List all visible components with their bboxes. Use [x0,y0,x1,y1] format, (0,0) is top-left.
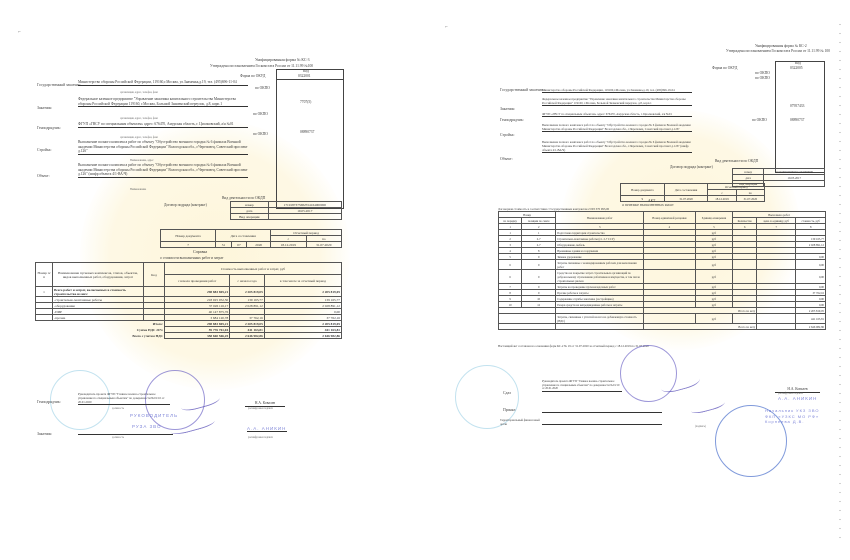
ks2-page: ⌐ Унифицированная форма № КС-2 Утвержден… [430,0,835,560]
accepted-label: Принял [503,408,515,412]
party-text: Федеральное казенное предприятие "Управл… [78,97,248,107]
name-caption: расшифровка подписи [248,436,273,441]
party-role: Объект: [500,157,513,161]
cost-table: Номер п/п Наименование пусковых комплекс… [35,262,342,339]
contract-table: номер1719187375682554164000000 дата19.05… [230,201,342,220]
signature-caption: (подпись) [695,425,706,430]
form-title: Унифицированная форма № КС-2 [755,44,807,49]
okpo-label: по ОКПО [752,118,767,123]
okud-label: Форма по ОКУД [240,74,265,79]
summary-row: Всего с учетом НДС358 660 566,252 646 98… [36,333,342,339]
signature [689,396,726,416]
party-role: Объект: [37,174,50,178]
scan-mark: ⌐ [445,25,448,30]
party-text: Выполнение полного комплекса работ по об… [78,140,248,155]
okpo-label: по ОКПО [255,86,270,91]
party-role: Генподрядчик: [500,118,524,122]
page-edge-binding [838,20,842,540]
position-caption: должность [112,407,124,412]
total-row: Всего по акту2 646 982,86 [499,324,826,330]
doc-title: Справка [193,250,207,255]
party-text: ФГУП «ГВСУ по специальным объектам» адре… [542,112,692,117]
party-code: 7707(5) [300,100,311,105]
party-role: Стройка: [37,148,52,152]
party-role: Стройка: [500,133,515,137]
party-text: Выполнение полного комплекса работ по об… [542,140,692,153]
handed-label: Сдал [503,391,511,395]
code-header: Код [795,61,801,66]
position-caption: должность [112,436,124,441]
party-code: 08890737 [790,118,804,123]
works-table: Номер Наименование работ Номер единичной… [498,211,826,330]
customer-role: Заказчик: [37,432,52,436]
party-text: Министерство обороны Российской Федераци… [78,80,248,86]
stamp-text: РУЗА 3ВО [132,424,162,429]
name-caption: расшифровка подписи [248,407,273,412]
party-caption: организация, адрес, телефон, факс [120,91,158,96]
party-role: Заказчик: [500,107,515,111]
code-header: Код [303,69,309,74]
okud-label: Форма по ОКУД [712,66,737,71]
contractor-name: Н.А. Ковалев [245,401,285,407]
doc-subtitle: О ПРИЕМКЕ ВЫПОЛНЕННЫХ РАБОТ [622,203,674,208]
party-text: ФГУП «ГВСУ по специальным объектам» адре… [78,122,248,128]
contractor-role: Генподрядчик: [37,400,61,404]
okud-code: 0322005 [790,66,803,71]
party-role: Государственный заказчик: [37,83,81,87]
table-row: 69Средства на покрытие затрат строительн… [499,270,826,284]
okpo-label: по ОКПО [755,76,770,81]
approved-by: Утверждена постановлением Госкомстата Ро… [720,49,830,54]
handed-position: Руководитель проекта ФГУП "Главное военн… [542,380,622,392]
activity-label: Вид деятельности по ОКДП [222,196,265,201]
scan-mark: ⌐ [18,30,21,35]
party-text: Выполнение полного комплекса работ по об… [542,123,692,132]
party-code: 07957433 [790,104,804,109]
contractor-position: Руководитель проекта ФГУП "Главное военн… [78,393,170,405]
okpo-label: по ОКПО [253,132,268,137]
party-caption: Наименование [130,188,146,193]
contract-label: Договор подряда (контракт) [164,203,207,208]
activity-label: Вид деятельности по ОКДП [715,159,758,164]
customer-name: А.А. АНИКИН [247,426,287,432]
document-number-table: Номер документа Дата составления Отчетны… [620,183,765,202]
document-number-table: Номер документа Дата составления Отчетны… [160,229,342,248]
party-role: Государственный заказчик: [500,88,544,92]
stamp-round [620,345,677,402]
party-code: 08890737 [300,130,314,135]
approved-by: Утверждена постановлением Госкомстата Ро… [210,64,313,69]
code-box [276,69,344,209]
territorial-label: Территориальный финансовый орган [500,418,540,426]
party-text: Выполнение полного комплекса работ по об… [78,163,248,178]
stamp-text: РУКОВОДИТЕЛЬ [130,413,178,418]
okpo-label: по ОКПО [755,71,770,76]
form-title: Унифицированная форма № КС-3 [255,58,310,63]
table-row: 1Всего работ и затрат, включаемых в стои… [36,287,342,297]
table-row: 69Затраты связанные с командированием ра… [499,260,826,270]
party-role: Заказчик: [37,106,52,110]
vat-row: Затраты, связанные с уплатой налога на д… [499,314,826,324]
accepted-name: А.А. АНИКИН [778,396,817,401]
party-text: Министерство обороны Российской Федераци… [542,88,692,93]
party-caption: организация, адрес, телефон, факс [120,117,158,122]
doc-subtitle: о стоимости выполненных работ и затрат [160,256,223,261]
ks3-page: ⌐ Унифицированная форма № КС-3 Утвержден… [0,0,425,560]
code-box [775,61,825,173]
okpo-label: по ОКПО [253,112,268,117]
stamp-text: Начальник УКЗ ЗВО ФКП «УЗКС МО РФ» Корне… [765,408,825,425]
contract-label: Договор подряда (контракт) [670,165,713,170]
party-text: Федеральное казенное предприятие "Управл… [542,97,692,106]
footnote: Настоящий акт составлен на основании фор… [498,344,649,349]
party-role: Генподрядчик: [37,126,61,130]
okud-code: 0322001 [298,74,311,79]
